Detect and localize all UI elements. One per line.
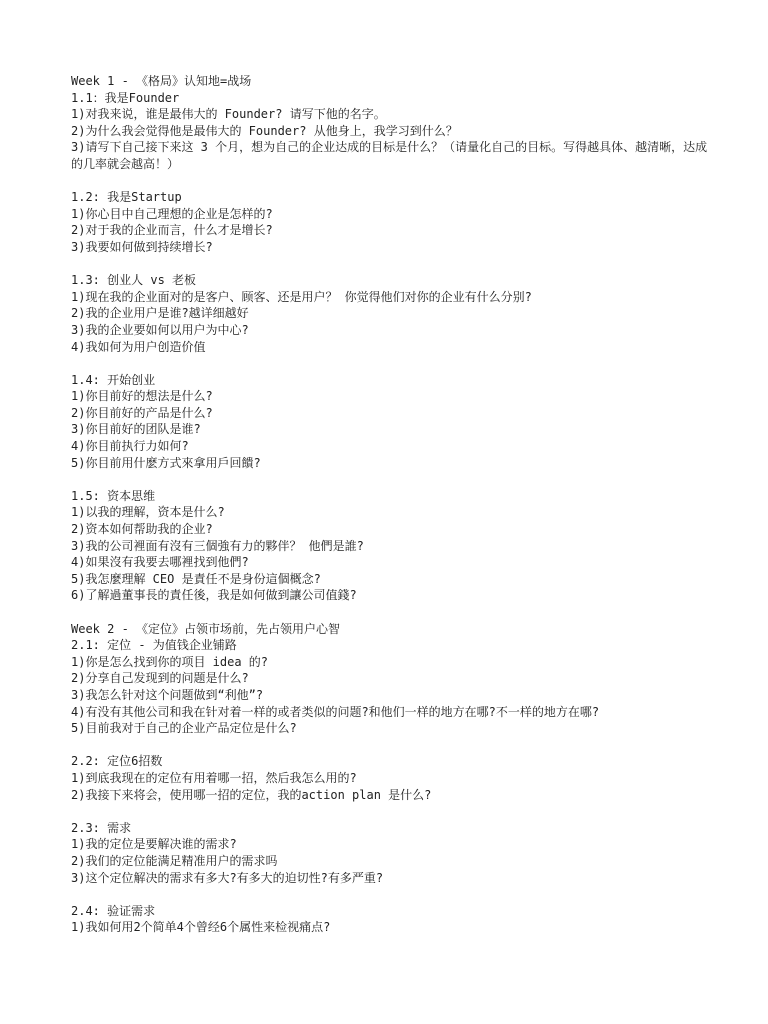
list-item: 1)对我来说，谁是最伟大的 Founder? 请写下他的名字。 (71, 106, 711, 123)
list-item: 1)以我的理解，资本是什么? (71, 504, 711, 521)
list-item: 5)我怎麼理解 CEO 是責任不是身份這個概念? (71, 571, 711, 588)
list-item: 5)目前我对于自己的企业产品定位是什么? (71, 720, 711, 737)
list-item: 2)对于我的企业而言，什么才是增长? (71, 222, 711, 239)
list-item: 1)我如何用2个简单4个曾经6个属性来检视痛点? (71, 919, 711, 936)
list-item: 1)到底我现在的定位有用着哪一招，然后我怎么用的? (71, 770, 711, 787)
section-1-4: 1.4: 开始创业 1)你目前好的想法是什么? 2)你目前好的产品是什么? 3)… (71, 372, 711, 472)
list-item: 2)为什么我会觉得他是最伟大的 Founder? 从他身上，我学习到什么？ (71, 123, 711, 140)
list-item: 2)分享自己发现到的问题是什么? (71, 670, 711, 687)
section-2-4: 2.4: 验证需求 1)我如何用2个简单4个曾经6个属性来检视痛点? (71, 903, 711, 936)
week-1-heading: Week 1 - 《格局》认知地=战场 (71, 73, 711, 90)
section-1-5: 1.5: 资本思维 1)以我的理解，资本是什么? 2)资本如何帮助我的企业? 3… (71, 488, 711, 604)
section-1-3: 1.3: 创业人 vs 老板 1)现在我的企业面对的是客户、顾客、还是用户？ 你… (71, 272, 711, 355)
list-item: 2)我的企业用户是谁?越详细越好 (71, 305, 711, 322)
list-item: 1)你是怎么找到你的项目 idea 的? (71, 654, 711, 671)
section-1-2: 1.2: 我是Startup 1)你心目中自己理想的企业是怎样的? 2)对于我的… (71, 189, 711, 255)
list-item: 3)我的公司裡面有沒有三個強有力的夥伴？ 他們是誰? (71, 538, 711, 555)
list-item: 3)我要如何做到持续增长? (71, 239, 711, 256)
week-2-heading: Week 2 - 《定位》占领市场前，先占领用户心智 (71, 621, 711, 638)
list-item: 1)你心目中自己理想的企业是怎样的? (71, 206, 711, 223)
list-item: 2)我们的定位能满足精准用户的需求吗 (71, 853, 711, 870)
section-heading: 2.3: 需求 (71, 820, 711, 837)
section-heading: 1.3: 创业人 vs 老板 (71, 272, 711, 289)
section-heading: 1.5: 资本思维 (71, 488, 711, 505)
section-2-1: Week 2 - 《定位》占领市场前，先占领用户心智 2.1: 定位 - 为值钱… (71, 621, 711, 737)
document-page: Week 1 - 《格局》认知地=战场 1.1：我是Founder 1)对我来说… (71, 73, 711, 952)
list-item: 4)有没有其他公司和我在针对着一样的或者类似的问题?和他们一样的地方在哪?不一样… (71, 704, 711, 721)
section-heading: 2.4: 验证需求 (71, 903, 711, 920)
list-item: 3)你目前好的团队是谁? (71, 421, 711, 438)
list-item: 1)我的定位是要解决谁的需求? (71, 836, 711, 853)
list-item: 2)资本如何帮助我的企业? (71, 521, 711, 538)
section-heading: 2.2: 定位6招数 (71, 753, 711, 770)
list-item: 6)了解過董事長的責任後，我是如何做到讓公司值錢? (71, 587, 711, 604)
list-item: 1)现在我的企业面对的是客户、顾客、还是用户？ 你觉得他们对你的企业有什么分别? (71, 289, 711, 306)
list-item: 4)你目前执行力如何? (71, 438, 711, 455)
list-item: 3)我怎么针对这个问题做到“利他”? (71, 687, 711, 704)
section-2-3: 2.3: 需求 1)我的定位是要解决谁的需求? 2)我们的定位能满足精准用户的需… (71, 820, 711, 886)
section-heading: 1.1：我是Founder (71, 90, 711, 107)
section-heading: 1.2: 我是Startup (71, 189, 711, 206)
list-item: 5)你目前用什麽方式來拿用戶回饋? (71, 455, 711, 472)
section-heading: 1.4: 开始创业 (71, 372, 711, 389)
list-item: 3)我的企业要如何以用户为中心? (71, 322, 711, 339)
list-item: 1)你目前好的想法是什么? (71, 388, 711, 405)
list-item: 2)我接下来将会，使用哪一招的定位，我的action plan 是什么? (71, 787, 711, 804)
list-item: 2)你目前好的产品是什么? (71, 405, 711, 422)
list-item: 3)这个定位解决的需求有多大?有多大的迫切性?有多严重? (71, 870, 711, 887)
list-item: 3)请写下自己接下来这 3 个月，想为自己的企业达成的目标是什么？（请量化自己的… (71, 139, 711, 172)
list-item: 4)如果沒有我要去哪裡找到他們? (71, 554, 711, 571)
section-2-2: 2.2: 定位6招数 1)到底我现在的定位有用着哪一招，然后我怎么用的? 2)我… (71, 753, 711, 803)
section-heading: 2.1: 定位 - 为值钱企业铺路 (71, 637, 711, 654)
list-item: 4)我如何为用户创造价值 (71, 339, 711, 356)
section-1-1: Week 1 - 《格局》认知地=战场 1.1：我是Founder 1)对我来说… (71, 73, 711, 173)
